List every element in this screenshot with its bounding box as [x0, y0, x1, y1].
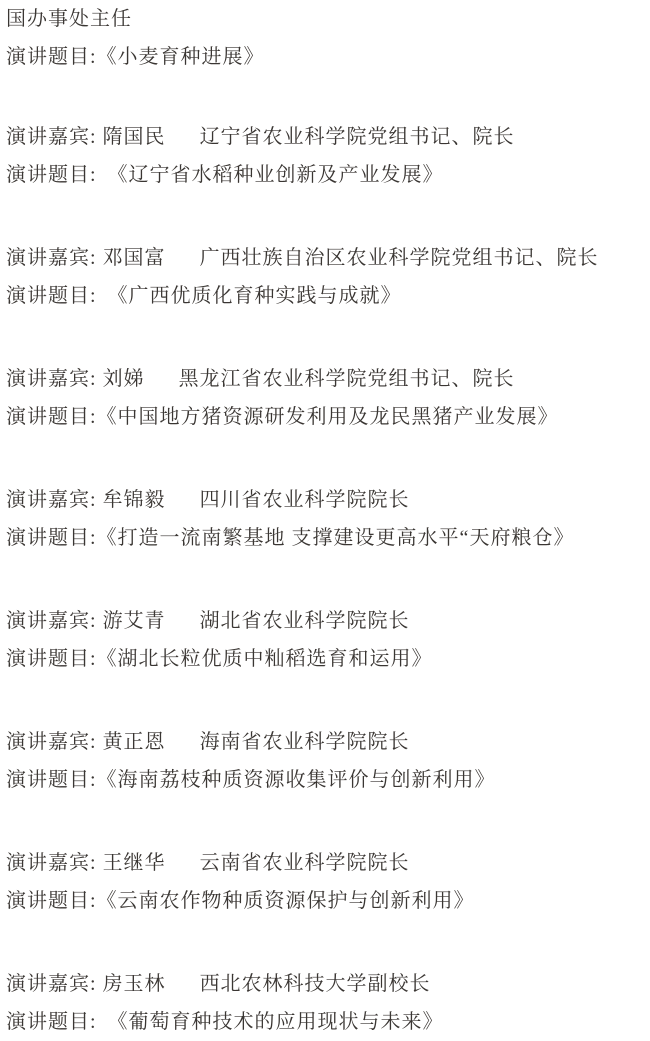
topic-label: 演讲题目: — [6, 46, 97, 68]
topic-line: 演讲题目:《打造一流南繁基地 支撑建设更高水平“天府粮仓》 — [6, 519, 646, 557]
speaker-line: 演讲嘉宾:游艾青湖北省农业科学院院长 — [6, 602, 646, 640]
speaker-line: 演讲嘉宾:邓国富广西壮族自治区农业科学院党组书记、院长 — [6, 239, 646, 277]
topic-line: 演讲题目:《中国地方猪资源研发利用及龙民黑猪产业发展》 — [6, 398, 646, 436]
topic-line: 演讲题目: 《广西优质化育种实践与成就》 — [6, 277, 646, 315]
topic-title: 《辽宁省水稻种业创新及产业发展》 — [97, 164, 444, 186]
topic-title: 《小麦育种进展》 — [97, 46, 265, 68]
speaker-line: 演讲嘉宾:房玉林西北农林科技大学副校长 — [6, 965, 646, 1003]
topic-title: 《中国地方猪资源研发利用及龙民黑猪产业发展》 — [97, 406, 559, 428]
speaker-name: 刘娣 — [103, 368, 145, 390]
topic-title: 《海南荔枝种质资源收集评价与创新利用》 — [97, 769, 496, 791]
topic-title: 《打造一流南繁基地 支撑建设更高水平“天府粮仓》 — [97, 527, 575, 549]
speaker-section: 演讲嘉宾:王继华云南省农业科学院院长 演讲题目:《云南农作物种质资源保护与创新利… — [6, 844, 646, 920]
speaker-affiliation: 湖北省农业科学院院长 — [200, 610, 410, 632]
guest-label: 演讲嘉宾: — [6, 610, 97, 632]
speaker-name: 王继华 — [103, 852, 166, 874]
guest-label: 演讲嘉宾: — [6, 852, 97, 874]
topic-line: 演讲题目:《云南农作物种质资源保护与创新利用》 — [6, 882, 646, 920]
speaker-section: 演讲嘉宾:隋国民辽宁省农业科学院党组书记、院长 演讲题目: 《辽宁省水稻种业创新… — [6, 118, 646, 194]
speaker-name: 黄正恩 — [103, 731, 166, 753]
continuation-line: 国办事处主任 — [6, 0, 646, 38]
topic-label: 演讲题目: — [6, 890, 97, 912]
speaker-affiliation: 黑龙江省农业科学院党组书记、院长 — [179, 368, 515, 390]
topic-line: 演讲题目:《湖北长粒优质中籼稻选育和运用》 — [6, 640, 646, 678]
topic-title: 《广西优质化育种实践与成就》 — [97, 285, 402, 307]
topic-label: 演讲题目: — [6, 769, 97, 791]
speaker-name: 邓国富 — [103, 247, 166, 269]
speaker-affiliation: 西北农林科技大学副校长 — [200, 973, 431, 995]
topic-title: 《云南农作物种质资源保护与创新利用》 — [97, 890, 475, 912]
speaker-line: 演讲嘉宾:牟锦毅四川省农业科学院院长 — [6, 481, 646, 519]
speaker-affiliation: 云南省农业科学院院长 — [200, 852, 410, 874]
speaker-affiliation: 广西壮族自治区农业科学院党组书记、院长 — [200, 247, 599, 269]
topic-title: 《湖北长粒优质中籼稻选育和运用》 — [97, 648, 433, 670]
speaker-affiliation: 辽宁省农业科学院党组书记、院长 — [200, 126, 515, 148]
intro-block: 国办事处主任 演讲题目:《小麦育种进展》 — [6, 0, 646, 76]
speaker-name: 牟锦毅 — [103, 489, 166, 511]
speaker-line: 演讲嘉宾:王继华云南省农业科学院院长 — [6, 844, 646, 882]
speaker-section: 演讲嘉宾:房玉林西北农林科技大学副校长 演讲题目: 《葡萄育种技术的应用现状与未… — [6, 965, 646, 1041]
topic-line: 演讲题目: 《辽宁省水稻种业创新及产业发展》 — [6, 156, 646, 194]
guest-label: 演讲嘉宾: — [6, 368, 97, 390]
speaker-name: 游艾青 — [103, 610, 166, 632]
speaker-section: 演讲嘉宾:黄正恩海南省农业科学院院长 演讲题目:《海南荔枝种质资源收集评价与创新… — [6, 723, 646, 799]
topic-label: 演讲题目: — [6, 527, 97, 549]
speaker-name: 房玉林 — [103, 973, 166, 995]
guest-label: 演讲嘉宾: — [6, 489, 97, 511]
speaker-affiliation: 四川省农业科学院院长 — [200, 489, 410, 511]
speaker-section: 演讲嘉宾:刘娣黑龙江省农业科学院党组书记、院长 演讲题目:《中国地方猪资源研发利… — [6, 360, 646, 436]
speaker-name: 隋国民 — [103, 126, 166, 148]
topic-label: 演讲题目: — [6, 164, 97, 186]
topic-label: 演讲题目: — [6, 648, 97, 670]
guest-label: 演讲嘉宾: — [6, 731, 97, 753]
topic-line: 演讲题目:《海南荔枝种质资源收集评价与创新利用》 — [6, 761, 646, 799]
guest-label: 演讲嘉宾: — [6, 247, 97, 269]
topic-label: 演讲题目: — [6, 1011, 97, 1033]
speaker-line: 演讲嘉宾:隋国民辽宁省农业科学院党组书记、院长 — [6, 118, 646, 156]
guest-label: 演讲嘉宾: — [6, 973, 97, 995]
intro-topic-line: 演讲题目:《小麦育种进展》 — [6, 38, 646, 76]
speaker-affiliation: 海南省农业科学院院长 — [200, 731, 410, 753]
topic-title: 《葡萄育种技术的应用现状与未来》 — [97, 1011, 444, 1033]
speaker-section: 演讲嘉宾:邓国富广西壮族自治区农业科学院党组书记、院长 演讲题目: 《广西优质化… — [6, 239, 646, 315]
speaker-section: 演讲嘉宾:牟锦毅四川省农业科学院院长 演讲题目:《打造一流南繁基地 支撑建设更高… — [6, 481, 646, 557]
guest-label: 演讲嘉宾: — [6, 126, 97, 148]
topic-label: 演讲题目: — [6, 406, 97, 428]
speaker-line: 演讲嘉宾:黄正恩海南省农业科学院院长 — [6, 723, 646, 761]
topic-label: 演讲题目: — [6, 285, 97, 307]
speaker-section: 演讲嘉宾:游艾青湖北省农业科学院院长 演讲题目:《湖北长粒优质中籼稻选育和运用》 — [6, 602, 646, 678]
topic-line: 演讲题目: 《葡萄育种技术的应用现状与未来》 — [6, 1003, 646, 1041]
conference-agenda-page: 国办事处主任 演讲题目:《小麦育种进展》 演讲嘉宾:隋国民辽宁省农业科学院党组书… — [0, 0, 650, 1041]
speaker-line: 演讲嘉宾:刘娣黑龙江省农业科学院党组书记、院长 — [6, 360, 646, 398]
